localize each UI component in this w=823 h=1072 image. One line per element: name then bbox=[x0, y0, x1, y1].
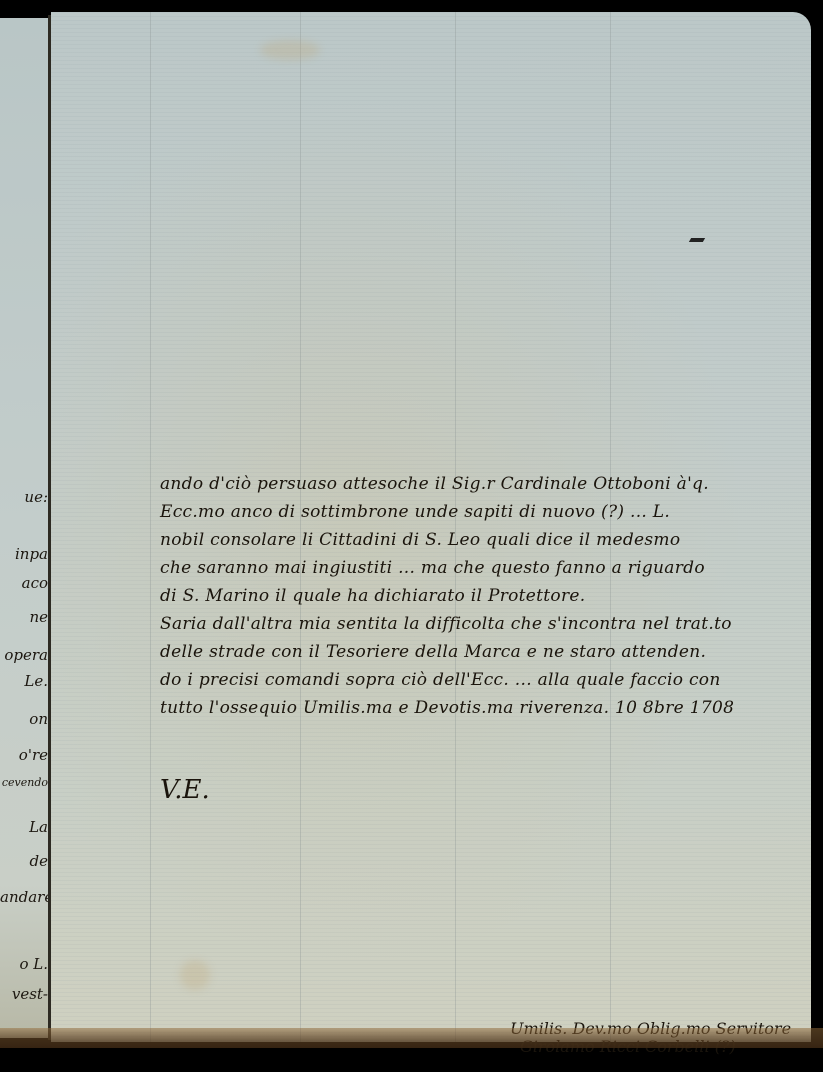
margin-fragment: La bbox=[0, 818, 48, 836]
body-line: Ecc.mo anco di sottimbrone unde sapiti d… bbox=[160, 498, 800, 526]
body-line: delle strade con il Tesoriere della Marc… bbox=[160, 638, 800, 666]
ink-mark bbox=[689, 238, 705, 242]
burnt-bottom-edge bbox=[0, 1028, 823, 1048]
margin-fragment: o're bbox=[0, 746, 48, 764]
closing-flourish: V.E. bbox=[160, 775, 210, 805]
margin-fragment: aco bbox=[0, 574, 48, 592]
margin-fragment: de bbox=[0, 852, 48, 870]
fold-line bbox=[150, 12, 151, 1042]
margin-fragment: ue: bbox=[0, 488, 48, 506]
body-line: do i precisi comandi sopra ciò dell'Ecc.… bbox=[160, 666, 800, 694]
margin-fragment: inpa bbox=[0, 545, 48, 563]
body-line: che saranno mai ingiustiti ... ma che qu… bbox=[160, 554, 800, 582]
margin-fragment: o L. bbox=[0, 955, 48, 973]
stain bbox=[260, 40, 320, 60]
margin-fragment: on bbox=[0, 710, 48, 728]
body-line: ando d'ciò persuaso attesoche il Sig.r C… bbox=[160, 470, 800, 498]
margin-fragment: ne bbox=[0, 608, 48, 626]
margin-fragment: Le. bbox=[0, 672, 48, 690]
body-line: di S. Marino il quale ha dichiarato il P… bbox=[160, 582, 800, 610]
left-page bbox=[0, 18, 50, 1038]
margin-fragment: opera bbox=[0, 646, 48, 664]
stain bbox=[180, 960, 210, 990]
body-line: tutto l'ossequio Umilis.ma e Devotis.ma … bbox=[160, 694, 800, 722]
letter-body: ando d'ciò persuaso attesoche il Sig.r C… bbox=[160, 470, 800, 722]
margin-fragment: cevendo bbox=[0, 776, 48, 789]
margin-fragment: andare bbox=[0, 888, 48, 906]
body-line: nobil consolare li Cittadini di S. Leo q… bbox=[160, 526, 800, 554]
body-line: Saria dall'altra mia sentita la difficol… bbox=[160, 610, 800, 638]
margin-fragment: vest- bbox=[0, 985, 48, 1003]
